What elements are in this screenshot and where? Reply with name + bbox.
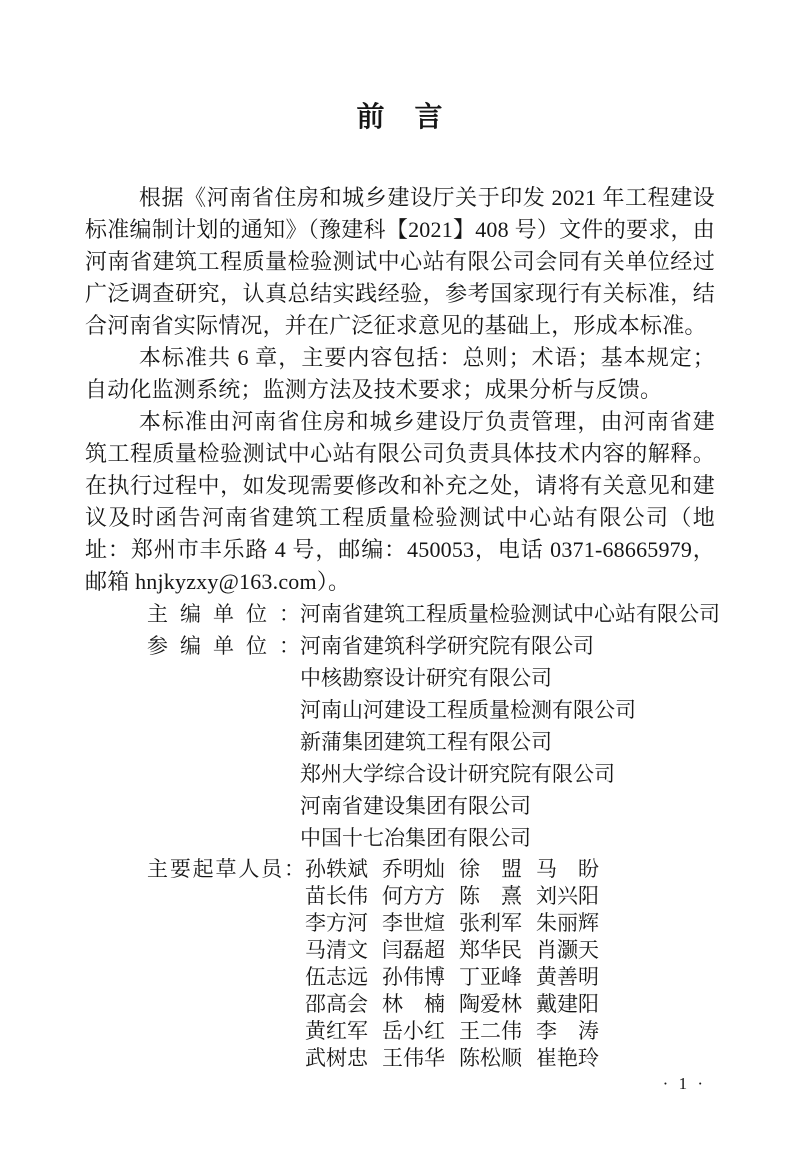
drafter-row: 武树忠 王伟华 陈松顺 崔艳玲	[85, 1045, 715, 1072]
body-paragraph-1: 根据《河南省住房和城乡建设厅关于印发 2021 年工程建设标准编制计划的通知》（…	[85, 182, 715, 342]
drafter-name: 林 楠	[382, 991, 459, 1018]
drafter-row: 伍志远 孙伟博 丁亚峰 黄善明	[85, 964, 715, 991]
drafters-section: 主要起草人员： 孙轶斌 乔明灿 徐 盟 马 盼 苗长伟 何方方 陈 熹 刘兴阳 …	[85, 856, 715, 1072]
drafter-name: 黄善明	[536, 964, 613, 991]
drafter-name: 伍志远	[305, 964, 382, 991]
drafter-name: 郑华民	[459, 937, 536, 964]
drafter-name: 王伟华	[382, 1045, 459, 1072]
participating-unit-row: 河南山河建设工程质量检测有限公司	[85, 694, 715, 726]
drafter-row: 邵高会 林 楠 陶爱林 戴建阳	[85, 991, 715, 1018]
drafter-name: 陈松顺	[459, 1045, 536, 1072]
drafter-name: 李 涛	[536, 1018, 613, 1045]
participating-unit-row: 河南省建设集团有限公司	[85, 790, 715, 822]
participating-unit-row: 中国十七冶集团有限公司	[85, 822, 715, 854]
drafter-name: 闫磊超	[382, 937, 459, 964]
drafter-name: 孙轶斌	[305, 856, 382, 883]
drafter-name: 武树忠	[305, 1045, 382, 1072]
drafter-name: 苗长伟	[305, 883, 382, 910]
participating-unit-row: 中核勘察设计研究有限公司	[85, 662, 715, 694]
drafter-name: 李世煊	[382, 910, 459, 937]
chief-editor-unit: 河南省建筑工程质量检验测试中心站有限公司	[300, 598, 720, 630]
drafter-name: 肖灏天	[536, 937, 613, 964]
document-page: 前 言 根据《河南省住房和城乡建设厅关于印发 2021 年工程建设标准编制计划的…	[0, 0, 800, 1161]
drafter-name: 乔明灿	[382, 856, 459, 883]
drafter-row: 主要起草人员： 孙轶斌 乔明灿 徐 盟 马 盼	[85, 856, 715, 883]
participating-unit-row: 参编单位： 河南省建筑科学研究院有限公司	[85, 630, 715, 662]
drafter-name: 岳小红	[382, 1018, 459, 1045]
drafter-name: 孙伟博	[382, 964, 459, 991]
page-title: 前 言	[85, 0, 715, 136]
body-paragraph-3: 本标准由河南省住房和城乡建设厅负责管理，由河南省建筑工程质量检验测试中心站有限公…	[85, 406, 715, 598]
drafter-row: 苗长伟 何方方 陈 熹 刘兴阳	[85, 883, 715, 910]
drafter-name: 马 盼	[536, 856, 613, 883]
drafter-name: 马清文	[305, 937, 382, 964]
drafter-name: 戴建阳	[536, 991, 613, 1018]
chief-editor-row: 主编单位： 河南省建筑工程质量检验测试中心站有限公司	[85, 598, 715, 630]
editing-units-section: 主编单位： 河南省建筑工程质量检验测试中心站有限公司 参编单位： 河南省建筑科学…	[85, 598, 715, 854]
drafter-name: 陈 熹	[459, 883, 536, 910]
drafter-name: 何方方	[382, 883, 459, 910]
participating-label: 参编单位：	[147, 630, 300, 662]
participating-unit: 中国十七冶集团有限公司	[300, 822, 531, 854]
drafter-name: 徐 盟	[459, 856, 536, 883]
drafter-name: 陶爱林	[459, 991, 536, 1018]
drafter-name: 崔艳玲	[536, 1045, 613, 1072]
chief-editor-label: 主编单位：	[147, 598, 300, 630]
body-paragraph-2: 本标准共 6 章，主要内容包括：总则；术语；基本规定；自动化监测系统；监测方法及…	[85, 342, 715, 406]
drafter-name: 张利军	[459, 910, 536, 937]
drafter-name: 邵高会	[305, 991, 382, 1018]
drafter-row: 李方河 李世煊 张利军 朱丽辉	[85, 910, 715, 937]
drafter-row: 黄红军 岳小红 王二伟 李 涛	[85, 1018, 715, 1045]
participating-unit: 河南山河建设工程质量检测有限公司	[300, 694, 636, 726]
drafters-label: 主要起草人员：	[147, 856, 305, 883]
drafter-name: 丁亚峰	[459, 964, 536, 991]
drafter-row: 马清文 闫磊超 郑华民 肖灏天	[85, 937, 715, 964]
drafter-name: 王二伟	[459, 1018, 536, 1045]
drafter-name: 刘兴阳	[536, 883, 613, 910]
page-number: · 1 ·	[663, 1074, 706, 1094]
participating-unit-row: 新蒲集团建筑工程有限公司	[85, 726, 715, 758]
participating-unit: 中核勘察设计研究有限公司	[300, 662, 552, 694]
participating-unit: 河南省建筑科学研究院有限公司	[300, 630, 594, 662]
participating-unit-row: 郑州大学综合设计研究院有限公司	[85, 758, 715, 790]
drafter-name: 李方河	[305, 910, 382, 937]
participating-unit: 郑州大学综合设计研究院有限公司	[300, 758, 615, 790]
drafter-name: 黄红军	[305, 1018, 382, 1045]
participating-unit: 河南省建设集团有限公司	[300, 790, 531, 822]
page-content: 前 言 根据《河南省住房和城乡建设厅关于印发 2021 年工程建设标准编制计划的…	[0, 0, 800, 1072]
drafter-name: 朱丽辉	[536, 910, 613, 937]
participating-unit: 新蒲集团建筑工程有限公司	[300, 726, 552, 758]
